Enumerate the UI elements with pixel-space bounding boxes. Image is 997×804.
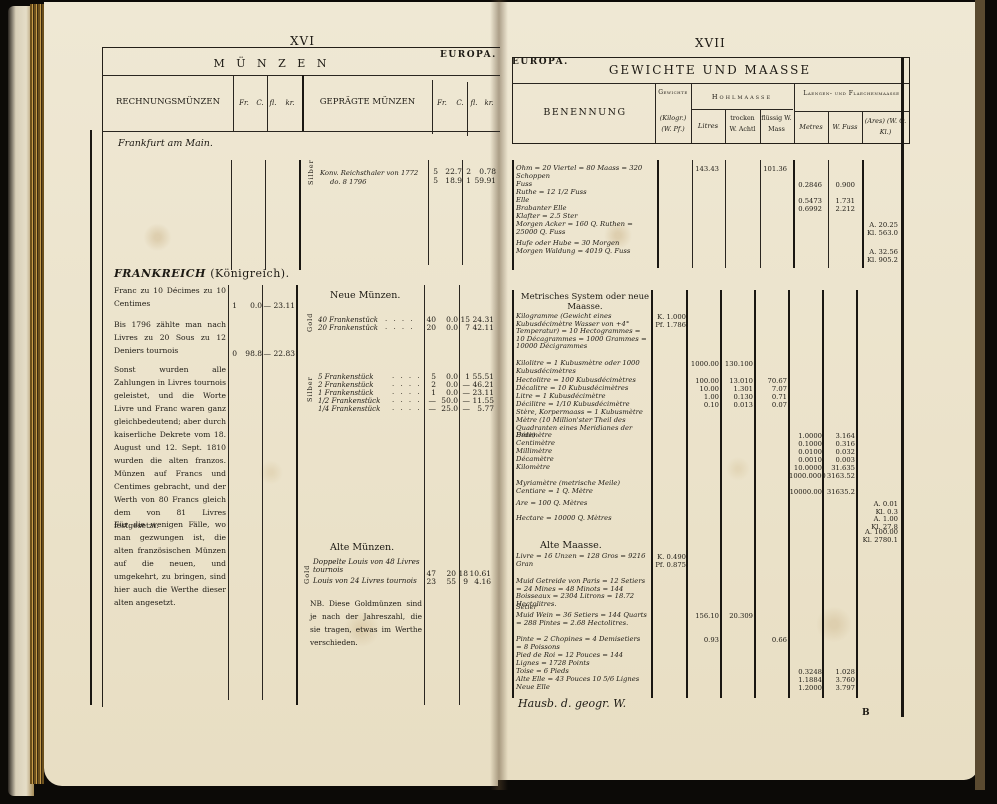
col-rule <box>467 82 468 136</box>
measure-name: Are = 100 Q. Mètres <box>516 500 648 508</box>
col-unit-dry: trocken W. Achtl <box>726 113 759 135</box>
value-fl: — <box>460 405 470 414</box>
col-unit-metres: Metres <box>795 122 827 133</box>
leader-dots: . . . . <box>392 380 422 388</box>
value-metres: 10000.00 <box>789 488 822 497</box>
metal-label-gold: Gold <box>303 565 311 584</box>
coins-title: M Ü N Z E N <box>102 58 442 69</box>
value-kr: 5.77 <box>470 405 494 414</box>
col-group-length-area: Laengen- und Flaechenmaasse <box>795 88 908 99</box>
france-heading-rest: (Königreich). <box>210 267 289 280</box>
value-c: 0.0 <box>438 324 458 333</box>
value-metres: 0.2846 <box>789 181 822 190</box>
col-unit-liquid: flüssig W. Mass <box>760 113 793 135</box>
col-rule <box>265 160 266 270</box>
value-c: 0.0 <box>238 302 262 311</box>
value-fr: 20 <box>424 324 436 333</box>
col-rule <box>720 290 722 698</box>
col-rule <box>302 75 304 131</box>
measure-name: Kilogramme (Gewicht eines Kubusdécimètre… <box>516 313 648 351</box>
col-unit-fl: fl. <box>267 98 279 109</box>
col-rule <box>856 290 858 698</box>
signature-mark: Hausb. d. geogr. W. <box>518 697 626 710</box>
col-unit-c: C. <box>254 98 266 109</box>
value-c: 55 <box>438 578 456 587</box>
section-frankfurt: Frankfurt am Main. <box>118 139 213 150</box>
col-unit-kr: kr. <box>481 98 497 109</box>
value-litres: 0.10 <box>687 401 719 410</box>
measure-name: Pinte = 2 Chopines = 4 Demisetiers = 8 P… <box>516 636 648 651</box>
leader-dots: . . . . <box>392 404 422 412</box>
col-unit-c: C. <box>452 98 468 109</box>
page-number-left: XVI <box>290 34 315 48</box>
col-rule <box>651 290 653 698</box>
col-rule <box>299 160 301 270</box>
col-unit-litres: Litres <box>692 121 724 132</box>
measure-name: Kilomètre <box>516 464 648 472</box>
divider <box>102 75 500 76</box>
open-book: XVI EUROPA. M Ü N Z E N RECHNUNGSMÜNZEN … <box>0 0 997 804</box>
col-rule <box>459 285 460 705</box>
value-qkl: Kl. 905.2 <box>858 256 898 265</box>
measure-name: Livre = 16 Unzen = 128 Gros = 9216 Gran <box>516 553 648 568</box>
value-fl: — <box>263 302 271 311</box>
value-w_mass: 101.36 <box>755 165 787 174</box>
col-rule <box>692 160 693 268</box>
col-unit-w-fuss: W. Fuss <box>829 122 861 133</box>
page-edges <box>30 4 44 784</box>
col-rule <box>233 75 234 131</box>
metal-label-gold: Gold <box>306 313 314 332</box>
value-metres: 0.6992 <box>789 205 822 214</box>
measure-name: Neue Elle <box>516 684 648 692</box>
col-rule <box>760 160 761 268</box>
value-w_achtl: 20.309 <box>721 612 753 621</box>
leader-dots: . . . . <box>385 323 415 331</box>
right-page-edge <box>975 0 985 790</box>
value-litres: 1000.00 <box>687 360 719 369</box>
col-header-accounting-coins: RECHNUNGSMÜNZEN <box>104 97 232 108</box>
leader-dots: . . . . <box>392 396 422 404</box>
coin-name: do. 8 1796 <box>330 177 366 188</box>
coin-name: Louis von 24 Livres tournois <box>313 576 417 587</box>
value-w_mass: 0.07 <box>755 401 787 410</box>
measure-name: Pied de Roi = 12 Pouces = 144 Lignes = 1… <box>516 652 648 667</box>
measure-name: Centiare = 1 Q. Mètre <box>516 488 648 496</box>
measures-title: GEWICHTE UND MAASSE <box>560 65 860 76</box>
section-france: FRANKREICH (Königreich). <box>114 267 290 280</box>
accounting-row-livre: Bis 1796 zählte man nach Livres zu 20 So… <box>114 318 226 357</box>
measure-name: Kilolitre = 1 Kubusmètre oder 1000 Kubus… <box>516 360 648 375</box>
col-rule <box>657 160 659 268</box>
measure-name: Hectare = 10000 Q. Mètres <box>516 515 648 523</box>
col-rule <box>231 160 232 270</box>
value-metres: 1000.0000 <box>789 472 822 481</box>
col-rule <box>296 285 298 705</box>
col-group-volume: Hohlmaasse <box>692 92 792 103</box>
old-coins-heading: Alte Münzen. <box>330 542 394 553</box>
value-fr: 1 <box>229 302 237 311</box>
leader-dots: . . . . <box>392 388 422 396</box>
value-fr: 5 <box>428 177 438 186</box>
row-bracket <box>512 160 514 270</box>
conversion-paragraph: Für die wenigen Fälle, wo man gezwungen … <box>114 518 226 609</box>
value-w_fuss: 3.797 <box>823 684 855 693</box>
col-unit-kr: kr. <box>280 98 300 109</box>
value-fr: 0 <box>229 350 237 359</box>
metal-label-silver: Silber <box>306 376 314 402</box>
value-litres: 0.93 <box>687 636 719 645</box>
coin-name: Doppelte Louis von 48 Livres tournois <box>313 558 423 574</box>
col-group-weights: Gewichte <box>656 87 690 98</box>
old-measures-heading: Alte Maasse. <box>540 540 602 551</box>
value-qkl: Kl. 2780.1 <box>858 536 898 545</box>
divider <box>102 131 500 132</box>
page-right-rule <box>901 57 904 717</box>
value-w_achtl: 130.100 <box>721 360 753 369</box>
value-fl: 7 <box>460 324 470 333</box>
value-c: 98.8 <box>238 350 262 359</box>
coin-name: 1/4 Frankenstück <box>318 404 380 415</box>
leader-dots: . . . . <box>392 372 422 380</box>
divider <box>512 83 910 84</box>
metric-heading: Metrisches System oder neue Maasse. <box>520 293 650 312</box>
value-w_mass: 0.66 <box>755 636 787 645</box>
divider <box>691 109 793 110</box>
coin-name: 20 Frankenstück <box>318 323 378 334</box>
value-metres: 1.2000 <box>789 684 822 693</box>
measure-name: Muid Wein = 36 Setiers = 144 Quarts = 28… <box>516 612 648 627</box>
col-rule <box>725 160 726 268</box>
value-fr: — <box>424 405 436 414</box>
value-qkl: Kl. 563.0 <box>858 229 898 238</box>
value-kr: 22.83 <box>271 350 295 359</box>
value-w_fuss: 2.212 <box>823 205 855 214</box>
measure-name: Morgen Acker = 160 Q. Ruthen = 25000 Q. … <box>516 221 651 236</box>
col-rule <box>228 285 229 700</box>
col-unit-fr: Fr. <box>234 98 254 109</box>
col-rule <box>424 285 425 705</box>
col-rule <box>267 75 268 131</box>
row-bracket <box>512 290 514 698</box>
gold-coins-note: NB. Diese Goldmünzen sind je nach der Ja… <box>310 597 422 649</box>
value-kr: 4.16 <box>469 578 491 587</box>
value-c: 25.0 <box>438 405 458 414</box>
measure-name: Morgen Waldung = 4019 Q. Fuss <box>516 248 651 256</box>
value-fl: 1 <box>463 177 471 186</box>
divider <box>794 111 910 112</box>
value-wpf: Pf. 1.786 <box>652 321 686 330</box>
col-rule <box>432 80 433 134</box>
page-left-rule <box>90 130 92 705</box>
value-w_fuss: 3163.52 <box>823 472 855 481</box>
page-number-right: XVII <box>695 36 726 50</box>
col-rule <box>828 160 829 268</box>
new-coins-heading: Neue Münzen. <box>330 290 400 301</box>
value-w_achtl: 0.013 <box>721 401 753 410</box>
metal-label-silver: Silber <box>307 159 315 185</box>
measure-name: Ohm = 20 Viertel = 80 Maass = 320 Schopp… <box>516 165 651 180</box>
value-kr: 42.11 <box>470 324 494 333</box>
measure-name: Ruthe = 12 1/2 Fuss <box>516 189 651 197</box>
col-rule <box>262 285 263 700</box>
value-wpf: Pf. 0.875 <box>652 561 686 570</box>
value-kr: 23.11 <box>271 302 295 311</box>
col-header-name: BENENNUNG <box>515 107 655 118</box>
col-rule <box>793 160 795 268</box>
value-fr: 23 <box>424 578 436 587</box>
col-unit-kilogr: (Kilogr.) (W. Pf.) <box>656 113 690 135</box>
value-fl: 9 <box>458 578 468 587</box>
col-unit-fr: Fr. <box>432 98 452 109</box>
history-paragraph: Sonst wurden alle Zahlungen in Livres to… <box>114 363 226 532</box>
value-litres: 143.43 <box>687 165 719 174</box>
france-heading-bold: FRANKREICH <box>114 267 206 280</box>
sheet-mark: B <box>862 708 870 718</box>
value-w_fuss: 0.900 <box>823 181 855 190</box>
col-header-minted-coins: GEPRÄGTE MÜNZEN <box>305 97 430 108</box>
col-unit-fl: fl. <box>468 98 480 109</box>
value-w_fuss: 31635.2 <box>823 488 855 497</box>
value-kr: 59.91 <box>472 177 496 186</box>
accounting-row-franc: Franc zu 10 Décimes zu 10 Centimes <box>114 284 226 310</box>
value-litres: 156.10 <box>687 612 719 621</box>
value-fl: — <box>263 350 271 359</box>
value-c: 18.9 <box>440 177 462 186</box>
leader-dots: . . . . <box>385 315 415 323</box>
